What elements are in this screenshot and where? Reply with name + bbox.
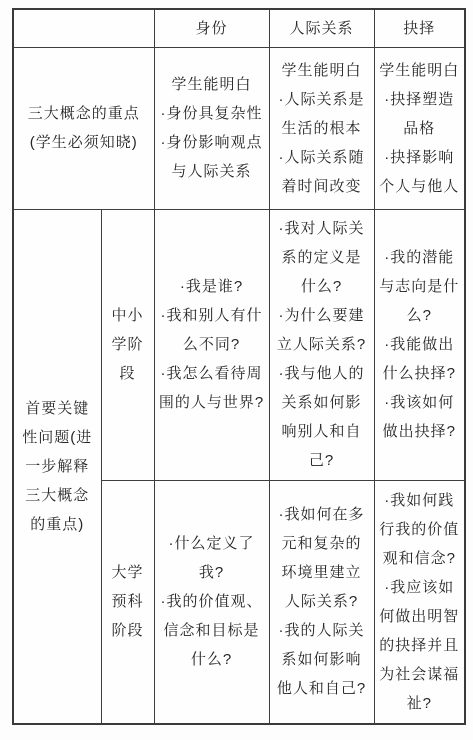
concepts-row-label: 三大概念的重点 (学生必须知晓) <box>13 47 154 209</box>
three-concepts-table: 身份 人际关系 抉择 三大概念的重点 (学生必须知晓) 学生能明白 ·身份具复杂… <box>12 8 466 725</box>
pre-university-relationships-cell: ·我如何在多 元和复杂的 环境里建立 人际关系? ·我的人际关 系如何影响 他人… <box>269 480 374 724</box>
stage-mid-school-cell: 中小 学阶 段 <box>101 209 154 480</box>
mid-school-relationships-cell: ·我对人际关 系的定义是 什么? ·为什么要建 立人际关系? ·我与他人的 关系… <box>269 209 374 480</box>
pre-university-identity-cell: ·什么定义了 我? ·我的价值观、 信念和目标是 什么? <box>154 480 269 724</box>
header-identity: 身份 <box>154 9 269 47</box>
header-relationships: 人际关系 <box>269 9 374 47</box>
document-page: 身份 人际关系 抉择 三大概念的重点 (学生必须知晓) 学生能明白 ·身份具复杂… <box>0 0 473 740</box>
mid-school-identity-cell: ·我是谁? ·我和别人有什 么不同? ·我怎么看待周 围的人与世界? <box>154 209 269 480</box>
questions-row-label: 首要关键 性问题(进 一步解释 三大概念 的重点) <box>13 209 101 724</box>
mid-school-choices-cell: ·我的潜能 与志向是什 么? ·我能做出 什么抉择? ·我该如何 做出抉择? <box>374 209 465 480</box>
stage-pre-university-cell: 大学 预科 阶段 <box>101 480 154 724</box>
header-row: 身份 人际关系 抉择 <box>13 9 465 47</box>
questions-row-mid-school: 首要关键 性问题(进 一步解释 三大概念 的重点) 中小 学阶 段 ·我是谁? … <box>13 209 465 480</box>
concepts-choices-cell: 学生能明白 ·抉择塑造 品格 ·抉择影响 个人与他人 <box>374 47 465 209</box>
concepts-row: 三大概念的重点 (学生必须知晓) 学生能明白 ·身份具复杂性 ·身份影响观点 与… <box>13 47 465 209</box>
pre-university-choices-cell: ·我如何践 行我的价值 观和信念? ·我应该如 何做出明智 的抉择并且 为社会谋… <box>374 480 465 724</box>
concepts-identity-cell: 学生能明白 ·身份具复杂性 ·身份影响观点 与人际关系 <box>154 47 269 209</box>
header-choices: 抉择 <box>374 9 465 47</box>
corner-cell <box>13 9 154 47</box>
concepts-relationships-cell: 学生能明白 ·人际关系是 生活的根本 ·人际关系随 着时间改变 <box>269 47 374 209</box>
